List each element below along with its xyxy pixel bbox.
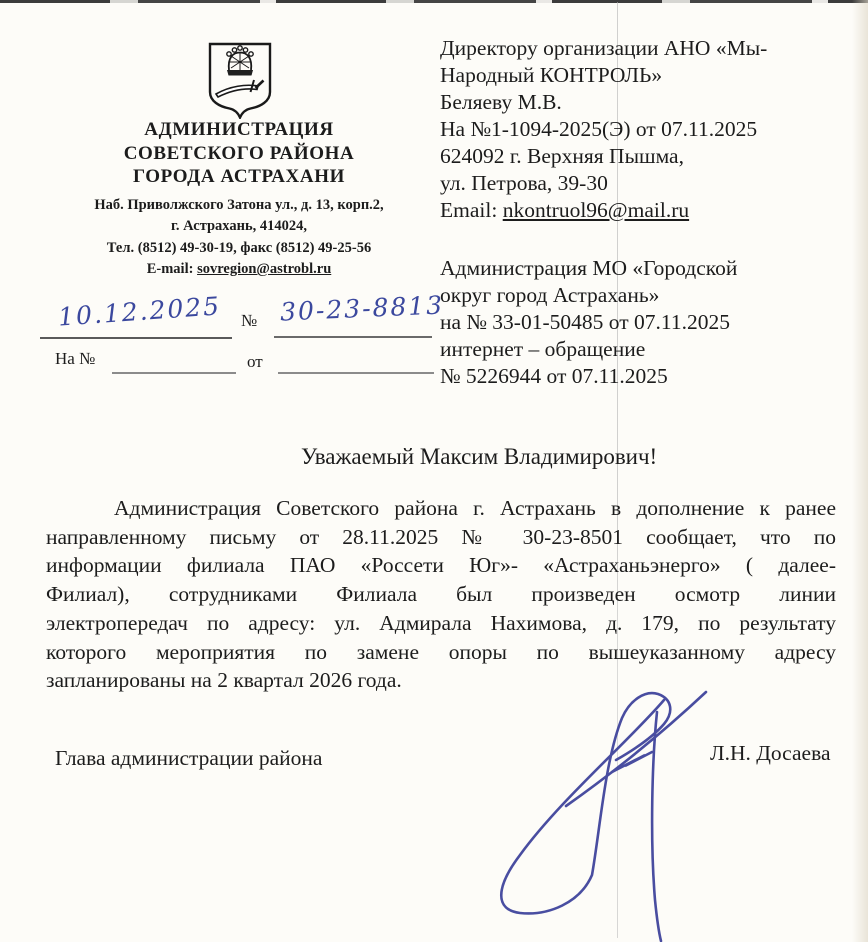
reply-to-number-label: На № [55, 349, 95, 369]
reference-block: Администрация МО «Городской округ город … [440, 255, 840, 390]
address-line: г. Астрахань, 414024, [58, 216, 420, 238]
recipient-email-line: Email: nkontruol96@mail.ru [440, 197, 840, 224]
body-line: направленному письму от 28.11.2025 № 30-… [46, 523, 836, 552]
salutation: Уважаемый Максим Владимирович! [301, 444, 657, 470]
handwritten-outgoing-number: 30-23-8813 [279, 290, 444, 326]
scanned-letter-page: АДМИНИСТРАЦИЯ СОВЕТСКОГО РАЙОНА ГОРОДА А… [0, 0, 868, 942]
recipient-line: 624092 г. Верхняя Пышма, [440, 143, 840, 170]
recipient-line: Народный КОНТРОЛЬ» [440, 62, 840, 89]
org-name-line: ГОРОДА АСТРАХАНИ [58, 165, 420, 189]
signer-title: Глава администрации района [55, 746, 322, 771]
letterhead-address: Наб. Приволжского Затона ул., д. 13, кор… [58, 195, 420, 281]
number-underline [274, 336, 432, 338]
body-line: электропередач по адресу: ул. Адмирала Н… [46, 609, 836, 638]
from-date-label: от [247, 352, 263, 372]
body-line: информации филиала ПАО «Россети Юг»- «Ас… [46, 551, 836, 580]
handwritten-outgoing-date: 10.12.2025 [57, 291, 222, 331]
email-label: Email: [440, 198, 503, 222]
letterhead-block: АДМИНИСТРАЦИЯ СОВЕТСКОГО РАЙОНА ГОРОДА А… [58, 118, 420, 281]
blank-reply-number-underline [112, 372, 236, 374]
body-line: Администрация Советского района г. Астра… [46, 494, 836, 523]
address-line: Тел. (8512) 49-30-19, факс (8512) 49-25-… [58, 238, 420, 260]
recipient-line: На №1-1094-2025(Э) от 07.11.2025 [440, 116, 840, 143]
reference-line: округ город Астрахань» [440, 282, 840, 309]
handwritten-signature [460, 672, 740, 942]
number-sign-label: № [241, 311, 257, 331]
recipient-block: Директору организации АНО «Мы- Народный … [440, 35, 840, 224]
recipient-line: Беляеву М.В. [440, 89, 840, 116]
reference-line: № 5226944 от 07.11.2025 [440, 363, 840, 390]
date-underline [40, 337, 232, 339]
org-name-line: АДМИНИСТРАЦИЯ [58, 118, 420, 142]
letter-body: Администрация Советского района г. Астра… [46, 494, 836, 695]
astrakhan-coat-of-arms-icon [205, 41, 275, 119]
reference-line: на № 33-01-50485 от 07.11.2025 [440, 309, 840, 336]
blank-reply-date-underline [278, 372, 434, 374]
letterhead-email-address: sovregion@astrobl.ru [197, 261, 331, 277]
recipient-line: Директору организации АНО «Мы- [440, 35, 840, 62]
recipient-line: ул. Петрова, 39-30 [440, 170, 840, 197]
reference-line: интернет – обращение [440, 336, 840, 363]
body-line: которого мероприятия по замене опоры по … [46, 638, 836, 667]
scan-artifact-top-edge [0, 0, 868, 3]
recipient-email-address: nkontruol96@mail.ru [503, 198, 689, 222]
letterhead-email-line: E-mail: sovregion@astrobl.ru [58, 259, 420, 281]
email-label: E-mail: [147, 261, 197, 277]
address-line: Наб. Приволжского Затона ул., д. 13, кор… [58, 195, 420, 217]
reference-line: Администрация МО «Городской [440, 255, 840, 282]
org-name-line: СОВЕТСКОГО РАЙОНА [58, 142, 420, 166]
body-line: Филиал), сотрудниками Филиала был произв… [46, 580, 836, 609]
